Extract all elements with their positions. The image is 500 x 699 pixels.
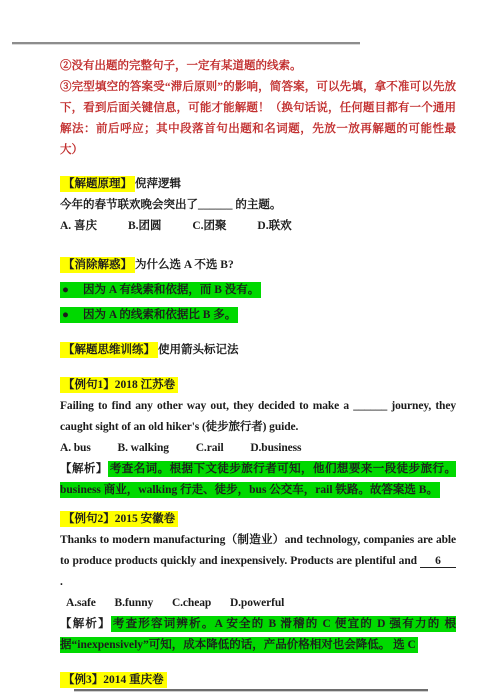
analysis-text: 考查名词。根据下文徒步旅行者可知，他们想要来一段徒步旅行。business 商业… — [60, 461, 456, 498]
option-c: C.团聚 — [192, 216, 226, 237]
red-notes: ②没有出题的完整句子，一定有某道题的线索。 ③完型填空的答案受“滞后原则”的影响… — [60, 56, 456, 161]
principle-options-row: A. 喜庆 B.团圆 C.团聚 D.联欢 — [60, 216, 456, 237]
blank-number: 6 — [420, 555, 456, 568]
option-a: A. 喜庆 — [60, 216, 97, 237]
bullet-text: 因为 A 有线索和依据，而 B 没有。 — [83, 284, 259, 296]
example3-heading: 【例3】2014 重庆卷 — [60, 672, 167, 688]
analysis-label: 【解析】 — [60, 463, 108, 475]
example1-analysis: 【解析】考查名词。根据下文徒步旅行者可知，他们想要来一段徒步旅行。busines… — [60, 459, 456, 501]
training-tag: 【解题思维训练】 — [60, 342, 158, 358]
doubt-bullet-2: ●因为 A 的线索和依据比 B 多。 — [60, 305, 456, 326]
principle-tag: 【解题原理】 — [60, 176, 135, 192]
principle-section-header: 【解题原理】倪萍逻辑 — [60, 174, 456, 195]
example1-heading-row: 【例句1】2018 江苏卷 — [60, 375, 456, 396]
example2-text-after: . — [60, 576, 63, 588]
bullet-icon: ● — [62, 309, 69, 321]
principle-title: 倪萍逻辑 — [135, 178, 181, 190]
bullet-text: 因为 A 的线索和依据比 B 多。 — [83, 309, 236, 321]
red-note-line-2: ③完型填空的答案受“滞后原则”的影响，简答案，可以先填，拿不准可以先放下，看到后… — [60, 77, 456, 161]
example2-options-row: A.safe B.funny C.cheap D.powerful — [60, 593, 456, 614]
option-c: C.cheap — [172, 593, 211, 614]
bottom-divider — [74, 689, 428, 691]
red-note-line-1: ②没有出题的完整句子，一定有某道题的线索。 — [60, 56, 456, 77]
example2-heading-row: 【例句2】2015 安徽卷 — [60, 509, 456, 530]
example1-heading: 【例句1】2018 江苏卷 — [60, 377, 178, 393]
top-divider — [12, 42, 360, 44]
option-a: A.safe — [66, 593, 96, 614]
bullet-icon: ● — [62, 284, 69, 296]
example2-heading: 【例句2】2015 安徽卷 — [60, 511, 178, 527]
option-c: C.rail — [196, 438, 224, 459]
option-a: A. bus — [60, 438, 91, 459]
example1-text: Failing to find any other way out, they … — [60, 396, 456, 438]
doubt-bullet-1: ●因为 A 有线索和依据，而 B 没有。 — [60, 280, 456, 301]
option-b: B.团圆 — [128, 216, 162, 237]
principle-question: 今年的春节联欢晚会突出了______ 的主题。 — [60, 195, 456, 216]
doubt-tag: 【消除解惑】 — [60, 257, 135, 273]
option-b: B. walking — [118, 438, 169, 459]
option-d: D.business — [250, 438, 301, 459]
document-page: ②没有出题的完整句子，一定有某道题的线索。 ③完型填空的答案受“滞后原则”的影响… — [0, 0, 500, 699]
training-section-header: 【解题思维训练】使用箭头标记法 — [60, 340, 456, 361]
analysis-text: 考查形容词辨析。A 安全的 B 滑稽的 C 便宜的 D 强有力的 根据“inex… — [60, 616, 456, 653]
option-b: B.funny — [115, 593, 154, 614]
option-d: D.powerful — [230, 593, 284, 614]
option-d: D.联欢 — [257, 216, 291, 237]
example1-options-row: A. bus B. walking C.rail D.business — [60, 438, 456, 459]
training-title: 使用箭头标记法 — [158, 344, 239, 356]
example2-text: Thanks to modern manufacturing（制造业）and t… — [60, 530, 456, 593]
analysis-label: 【解析】 — [60, 618, 111, 630]
doubt-section-header: 【消除解惑】为什么选 A 不选 B? — [60, 255, 456, 276]
doubt-title: 为什么选 A 不选 B? — [135, 259, 234, 271]
example2-text-before: Thanks to modern manufacturing（制造业）and t… — [60, 534, 456, 567]
example2-analysis: 【解析】考查形容词辨析。A 安全的 B 滑稽的 C 便宜的 D 强有力的 根据“… — [60, 614, 456, 656]
example3-heading-row: 【例3】2014 重庆卷 — [60, 670, 456, 691]
